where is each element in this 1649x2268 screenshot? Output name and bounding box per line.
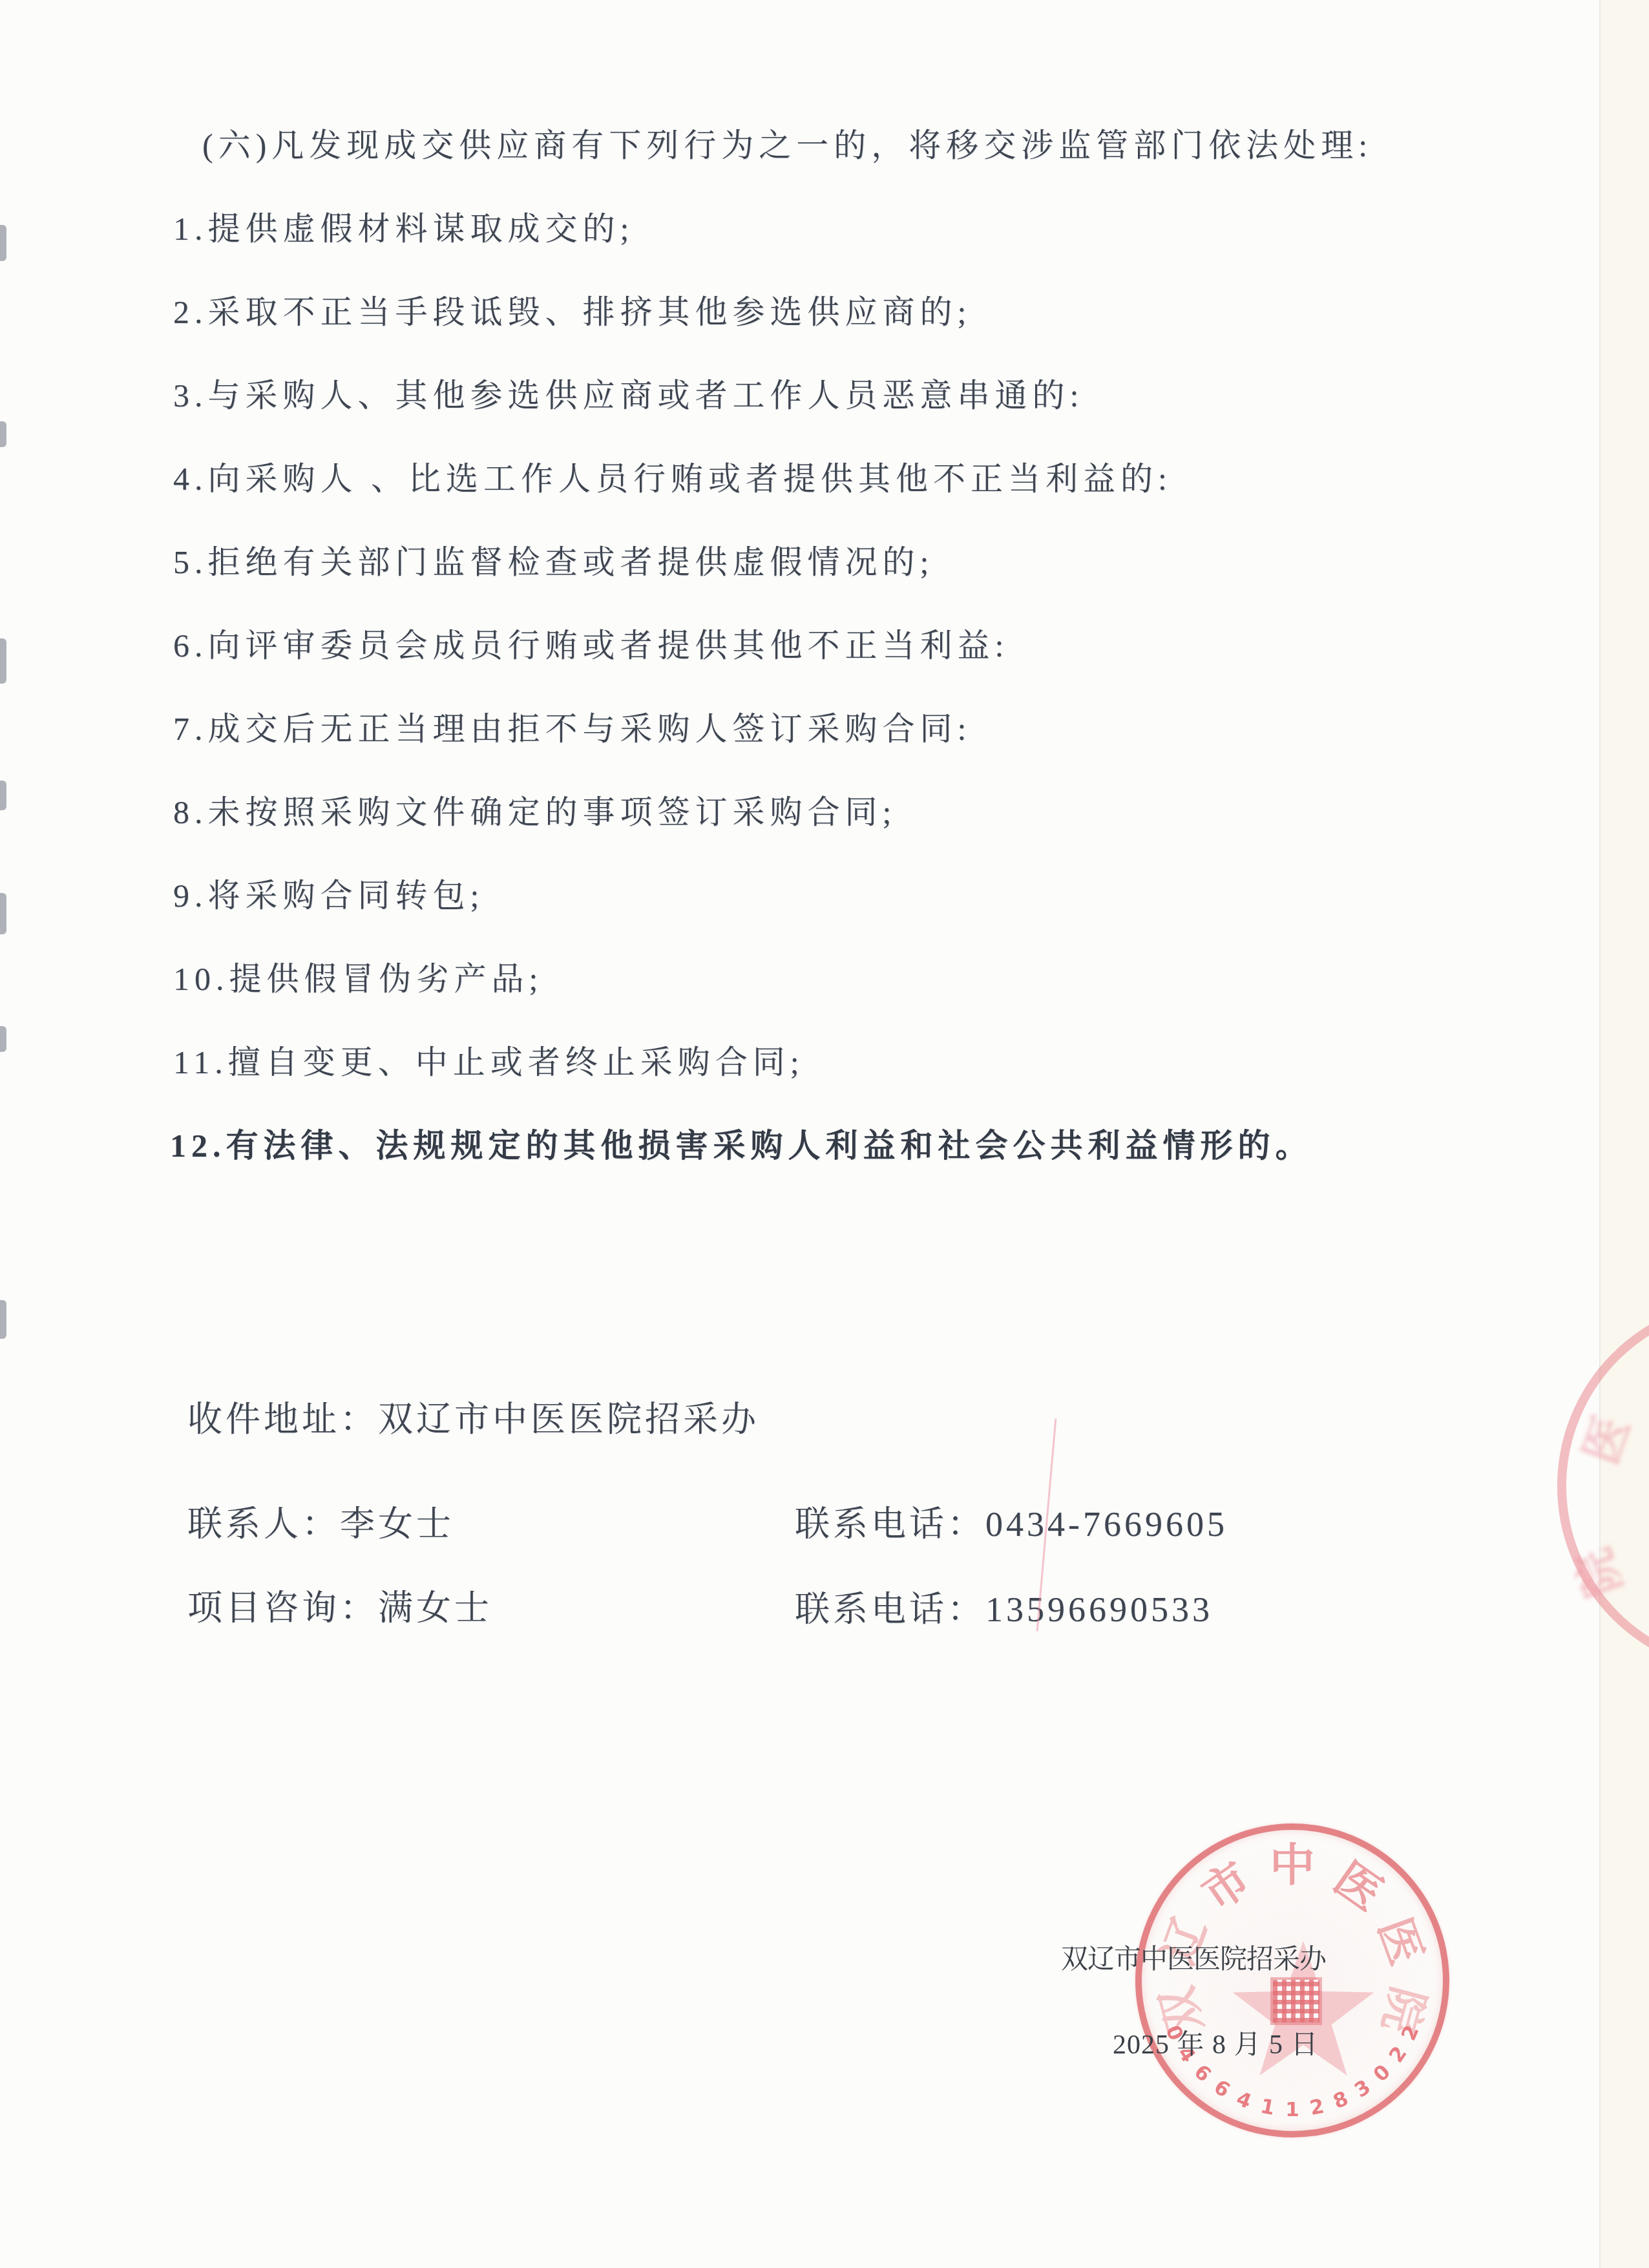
stamp-serial-digit: 1 xyxy=(1254,2094,1281,2121)
project-consult: 项目咨询：满女士 xyxy=(187,1588,492,1628)
scanned-document-page: (六)凡发现成交供应商有下列行为之一的，将移交涉监管部门依法处理: 1.提供虚假… xyxy=(0,0,1649,2268)
list-item-3: 3.与采购人、其他参选供应商或者工作人员恶意串通的: xyxy=(173,377,1084,414)
scan-artifact xyxy=(0,893,6,934)
stamp-serial-digit: 1 xyxy=(1281,2098,1304,2121)
official-stamp: 双辽市中医医院 2203821146640 xyxy=(1135,1823,1449,2137)
recipient-address: 收件地址：双辽市中医医院招采办 xyxy=(187,1400,759,1440)
list-item-4: 4.向采购人 、比选工作人员行贿或者提供其他不正当利益的: xyxy=(173,460,1172,498)
section-heading: (六)凡发现成交供应商有下列行为之一的，将移交涉监管部门依法处理: xyxy=(202,127,1372,164)
list-item-9: 9.将采购合同转包; xyxy=(173,877,484,914)
partial-stamp-ghost-char: 院 xyxy=(1555,1540,1634,1607)
stamp-qr-code xyxy=(1273,1980,1319,2022)
stamp-serial-digit: 2 xyxy=(1303,2094,1330,2121)
list-item-5: 5.拒绝有关部门监督检查或者提供虚假情况的; xyxy=(173,543,934,581)
list-item-11: 11.擅自变更、中止或者终止采购合同; xyxy=(173,1044,804,1081)
partial-stamp-ghost-char: 医 xyxy=(1563,1405,1642,1471)
list-item-12: 12.有法律、法规规定的其他损害采购人利益和社会公共利益情形的。 xyxy=(170,1127,1313,1164)
scan-artifact xyxy=(0,1300,6,1339)
stamp-ring-char: 中 xyxy=(1266,1840,1318,1891)
list-item-8: 8.未按照采购文件确定的事项签订采购合同; xyxy=(173,793,896,831)
list-item-1: 1.提供虚假材料谋取成交的; xyxy=(173,210,634,247)
scan-artifact xyxy=(0,638,6,684)
signature-org: 双辽市中医医院招采办 xyxy=(1061,1944,1326,1976)
list-item-2: 2.采取不正当手段诋毁、排挤其他参选供应商的; xyxy=(173,293,971,331)
stamp-ring-char: 医 xyxy=(1322,1850,1394,1922)
list-item-6: 6.向评审委员会成员行贿或者提供其他不正当利益: xyxy=(173,627,1009,664)
signature-date: 2025 年 8 月 5 日 xyxy=(1113,2029,1319,2061)
contact-phone-1: 联系电话：0434-7669605 xyxy=(795,1504,1228,1544)
contact-phone-2: 联系电话：13596690533 xyxy=(795,1590,1213,1630)
scan-edge-band xyxy=(1601,0,1649,2268)
scan-artifact xyxy=(0,421,6,447)
scan-artifact xyxy=(0,225,6,261)
list-item-10: 10.提供假冒伪劣产品; xyxy=(173,960,543,998)
scan-artifact xyxy=(0,781,6,810)
stamp-ring-char: 市 xyxy=(1190,1850,1262,1922)
list-item-7: 7.成交后无正当理由拒不与采购人签订采购合同: xyxy=(173,710,971,748)
scan-edge-seam xyxy=(1599,0,1601,2268)
contact-person: 联系人：李女士 xyxy=(187,1504,454,1544)
scan-artifact xyxy=(0,1026,6,1052)
